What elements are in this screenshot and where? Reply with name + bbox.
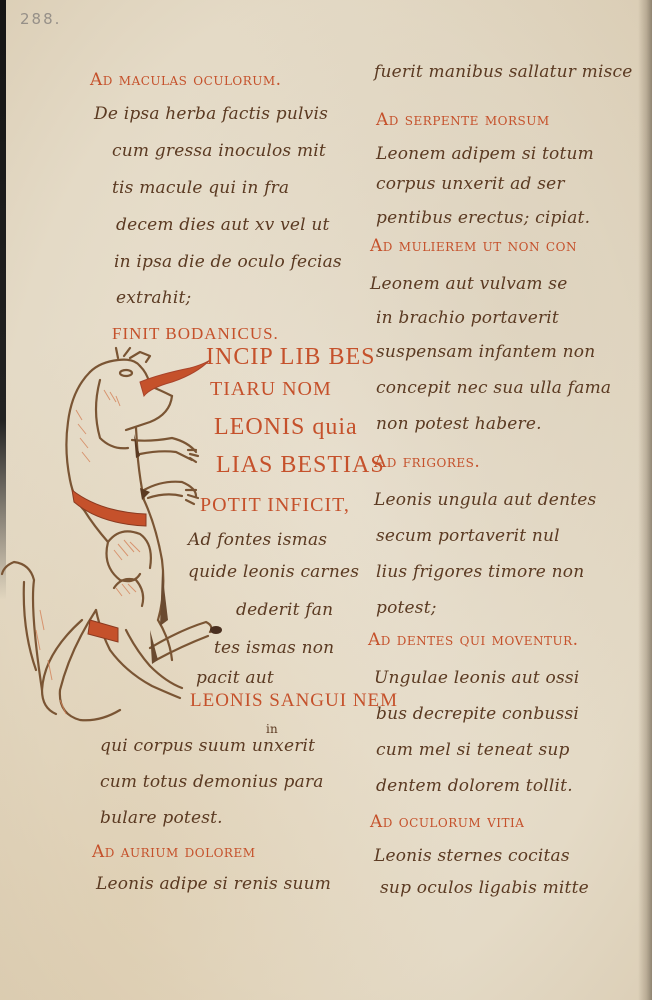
text-line: Leonem aut vulvam se xyxy=(370,274,567,294)
text-line: cum totus demonius para xyxy=(100,772,324,792)
folio-number: 288. xyxy=(20,10,61,28)
text-line: Leonis adipe si renis suum xyxy=(96,874,331,894)
text-line: Leonis ungula aut dentes xyxy=(374,490,596,510)
text-line: decem dies aut xv vel ut xyxy=(116,215,330,235)
rubric-heading: LEONIS SANGUI NEM xyxy=(190,690,398,712)
rubric-heading: Ad maculas oculorum. xyxy=(90,70,282,90)
text-line: dentem dolorem tollit. xyxy=(376,776,573,796)
text-line: extrahit; xyxy=(116,288,192,308)
text-line: Leonis sternes cocitas xyxy=(374,846,570,866)
text-line: concepit nec sua ulla fama xyxy=(376,378,611,398)
text-line: sup oculos ligabis mitte xyxy=(380,878,589,898)
text-line: tis macule qui in fra xyxy=(112,178,289,198)
rubric-heading: Ad oculorum vitia xyxy=(370,812,524,832)
text-line: non potest habere. xyxy=(376,414,542,434)
rubric-heading: Ad frigores. xyxy=(374,452,480,472)
text-line: qui corpus suum unxerit xyxy=(100,736,315,756)
text-line: Ad fontes ismas xyxy=(188,530,327,550)
incipit-line: LIAS BESTIAS xyxy=(216,452,385,479)
text-line: dederit fan xyxy=(236,600,333,620)
text-line: fuerit manibus sallatur misce xyxy=(374,62,633,82)
rubric-heading: Ad dentes qui moventur. xyxy=(368,630,579,650)
incipit-line: INCIP LIB BES xyxy=(206,344,375,371)
rubric-heading: Ad aurium dolorem xyxy=(92,842,256,862)
text-line: pacit aut xyxy=(196,668,274,688)
text-line: cum gressa inoculos mit xyxy=(112,141,326,161)
text-line: bus decrepite conbussi xyxy=(376,704,579,724)
text-line: quide leonis carnes xyxy=(188,562,359,582)
incipit-line: LEONIS quia xyxy=(214,414,358,441)
text-line: in brachio portaverit xyxy=(376,308,559,328)
text-line: in ipsa die de oculo fecias xyxy=(114,252,342,272)
incipit-line: POTIT INFICIT, xyxy=(200,494,350,517)
text-line: corpus unxerit ad ser xyxy=(376,174,565,194)
text-line: cum mel si teneat sup xyxy=(376,740,570,760)
interlinear-gloss: in xyxy=(266,722,278,736)
text-line: suspensam infantem non xyxy=(376,342,595,362)
text-line: pentibus erectus; cipiat. xyxy=(376,208,590,228)
text-line: potest; xyxy=(376,598,437,618)
incipit-line: TIARU NOM xyxy=(210,378,332,401)
manuscript-page: 288. xyxy=(0,0,652,1000)
text-line: tes ismas non xyxy=(214,638,334,658)
text-line: lius frigores timore non xyxy=(376,562,584,582)
text-line: Leonem adipem si totum xyxy=(376,144,594,164)
rubric-heading: Ad mulierem ut non con xyxy=(370,236,577,256)
text-line: secum portaverit nul xyxy=(376,526,560,546)
text-line: De ipsa herba factis pulvis xyxy=(94,104,328,124)
page-edge-right xyxy=(638,0,652,1000)
explicit-heading: FINIT BODANICUS. xyxy=(112,324,279,344)
text-line: bulare potest. xyxy=(100,808,223,828)
text-line: Ungulae leonis aut ossi xyxy=(374,668,579,688)
rubric-heading: Ad serpente morsum xyxy=(376,110,550,130)
